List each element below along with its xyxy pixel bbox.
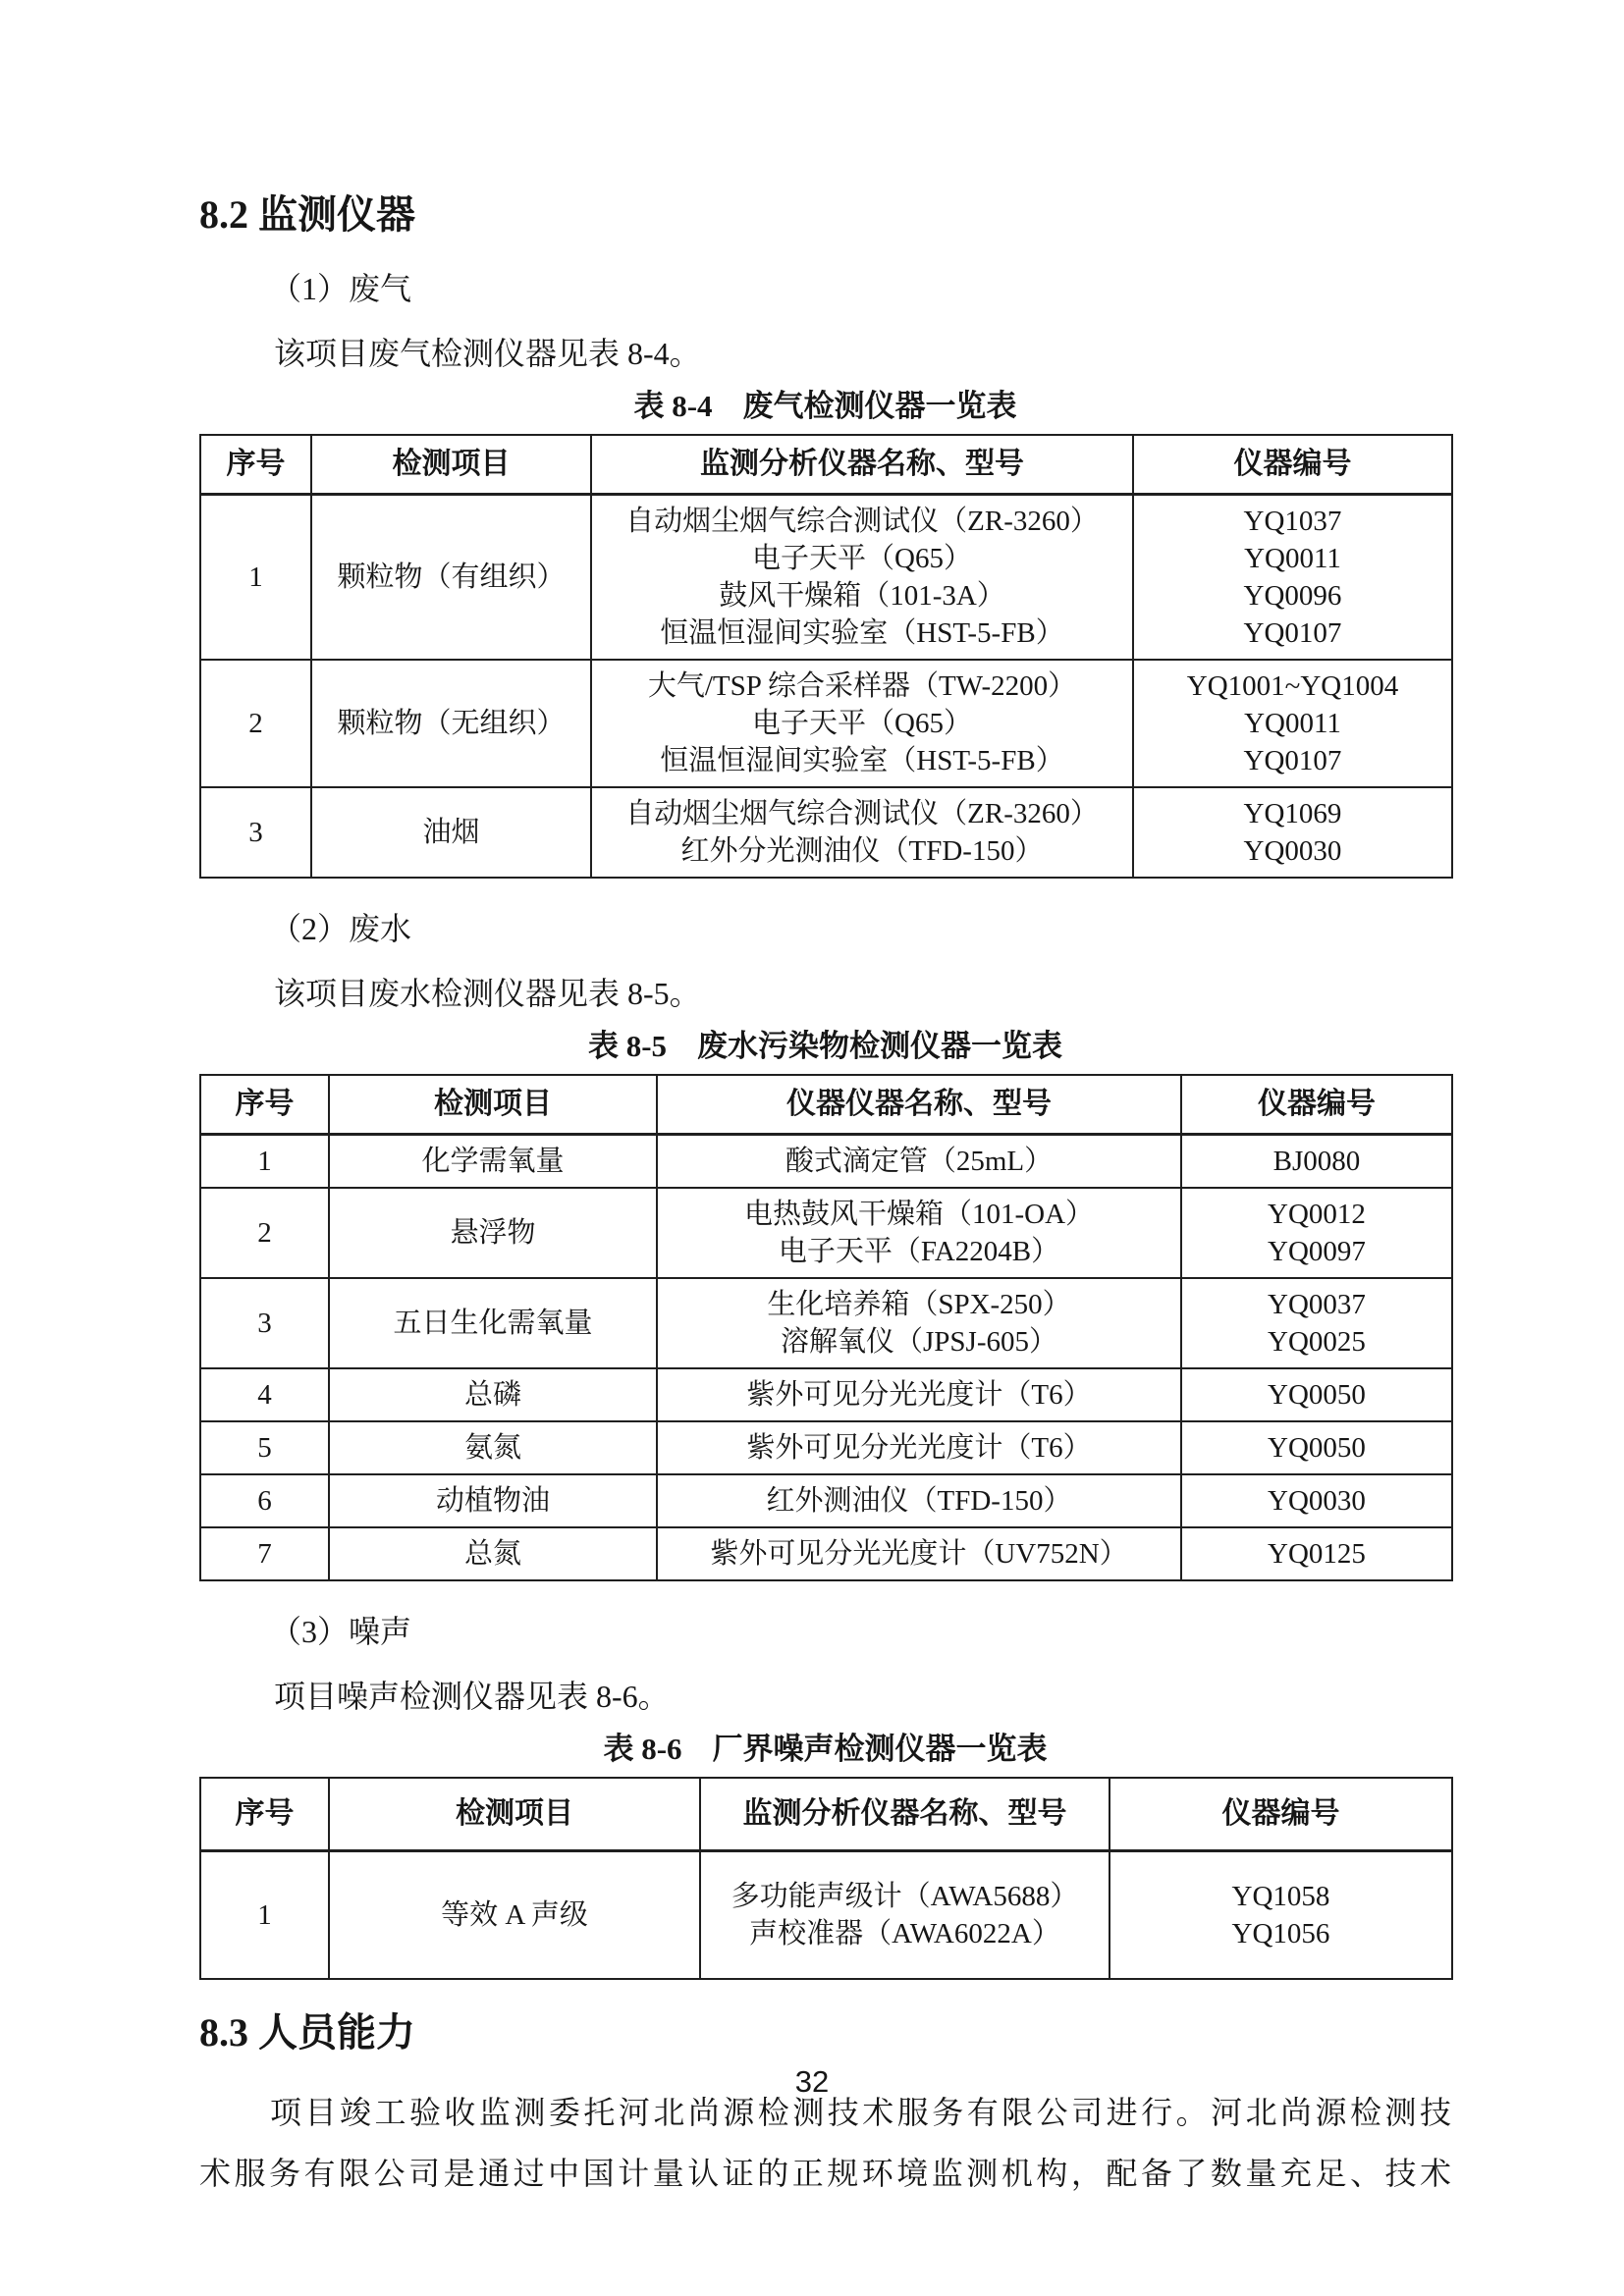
table-cell: YQ1058 YQ1056 — [1110, 1851, 1452, 1980]
table-cell: YQ0050 — [1181, 1368, 1452, 1421]
section-heading-8-3: 8.3 人员能力 — [199, 2009, 1624, 2056]
table-cell: 多功能声级计（AWA5688） 声校准器（AWA6022A） — [700, 1851, 1110, 1980]
table-cell: YQ0125 — [1181, 1527, 1452, 1580]
subsection-label-waste-gas: （1）废气 — [270, 268, 1624, 309]
table-cell: 电热鼓风干燥箱（101-OA） 电子天平（FA2204B） — [657, 1188, 1181, 1278]
table-row: 2 颗粒物（无组织） 大气/TSP 综合采样器（TW-2200） 电子天平（Q6… — [200, 660, 1452, 787]
personnel-paragraph: 项目竣工验收监测委托河北尚源检测技术服务有限公司进行。河北尚源检测技 术服务有限… — [0, 2082, 1624, 2204]
table-cell: 紫外可见分光光度计（T6） — [657, 1421, 1181, 1474]
table-cell: 红外测油仪（TFD-150） — [657, 1474, 1181, 1527]
table-cell: 4 — [200, 1368, 329, 1421]
table-cell: YQ1037 YQ0011 YQ0096 YQ0107 — [1133, 495, 1452, 661]
table-cell: 3 — [200, 787, 311, 878]
table-cell: 颗粒物（无组织） — [311, 660, 591, 787]
column-header: 仪器编号 — [1181, 1075, 1452, 1135]
table-cell: 自动烟尘烟气综合测试仪（ZR-3260） 红外分光测油仪（TFD-150） — [591, 787, 1133, 878]
table-8-4: 序号 检测项目 监测分析仪器名称、型号 仪器编号 1 颗粒物（有组织） 自动烟尘… — [199, 434, 1453, 879]
table-header-row: 序号 检测项目 仪器仪器名称、型号 仪器编号 — [200, 1075, 1452, 1135]
table-header-row: 序号 检测项目 监测分析仪器名称、型号 仪器编号 — [200, 1778, 1452, 1851]
table-cell: 大气/TSP 综合采样器（TW-2200） 电子天平（Q65） 恒温恒湿间实验室… — [591, 660, 1133, 787]
table-cell: 油烟 — [311, 787, 591, 878]
table-cell: 5 — [200, 1421, 329, 1474]
table-8-5: 序号 检测项目 仪器仪器名称、型号 仪器编号 1 化学需氧量 酸式滴定管（25m… — [199, 1074, 1453, 1581]
table-cell: 动植物油 — [329, 1474, 657, 1527]
column-header: 检测项目 — [329, 1075, 657, 1135]
table-cell: 自动烟尘烟气综合测试仪（ZR-3260） 电子天平（Q65） 鼓风干燥箱（101… — [591, 495, 1133, 661]
column-header: 检测项目 — [311, 435, 591, 495]
table-row: 3 油烟 自动烟尘烟气综合测试仪（ZR-3260） 红外分光测油仪（TFD-15… — [200, 787, 1452, 878]
table-cell: 2 — [200, 1188, 329, 1278]
table-row: 3 五日生化需氧量 生化培养箱（SPX-250） 溶解氧仪（JPSJ-605） … — [200, 1278, 1452, 1368]
table-cell: 生化培养箱（SPX-250） 溶解氧仪（JPSJ-605） — [657, 1278, 1181, 1368]
table-cell: YQ1069 YQ0030 — [1133, 787, 1452, 878]
intro-text-wastewater: 该项目废水检测仪器见表 8-5。 — [274, 973, 1624, 1014]
table-cell: 紫外可见分光光度计（UV752N） — [657, 1527, 1181, 1580]
table-row: 4 总磷 紫外可见分光光度计（T6） YQ0050 — [200, 1368, 1452, 1421]
table-8-6: 序号 检测项目 监测分析仪器名称、型号 仪器编号 1 等效 A 声级 多功能声级… — [199, 1777, 1453, 1980]
column-header: 监测分析仪器名称、型号 — [700, 1778, 1110, 1851]
column-header: 检测项目 — [329, 1778, 700, 1851]
subsection-label-wastewater: （2）废水 — [270, 908, 1624, 949]
intro-text-noise: 项目噪声检测仪器见表 8-6。 — [274, 1676, 1624, 1717]
table-row: 2 悬浮物 电热鼓风干燥箱（101-OA） 电子天平（FA2204B） YQ00… — [200, 1188, 1452, 1278]
table-cell: 2 — [200, 660, 311, 787]
table-cell: 等效 A 声级 — [329, 1851, 700, 1980]
table-cell: 总氮 — [329, 1527, 657, 1580]
table-row: 1 等效 A 声级 多功能声级计（AWA5688） 声校准器（AWA6022A）… — [200, 1851, 1452, 1980]
column-header: 监测分析仪器名称、型号 — [591, 435, 1133, 495]
table-cell: YQ0050 — [1181, 1421, 1452, 1474]
table-cell: YQ0012 YQ0097 — [1181, 1188, 1452, 1278]
table-cell: YQ0037 YQ0025 — [1181, 1278, 1452, 1368]
column-header: 仪器编号 — [1110, 1778, 1452, 1851]
table-header-row: 序号 检测项目 监测分析仪器名称、型号 仪器编号 — [200, 435, 1452, 495]
column-header: 序号 — [200, 1778, 329, 1851]
table-cell: BJ0080 — [1181, 1135, 1452, 1189]
table-row: 7 总氮 紫外可见分光光度计（UV752N） YQ0125 — [200, 1527, 1452, 1580]
table-cell: YQ1001~YQ1004 YQ0011 YQ0107 — [1133, 660, 1452, 787]
table-cell: 颗粒物（有组织） — [311, 495, 591, 661]
table-row: 5 氨氮 紫外可见分光光度计（T6） YQ0050 — [200, 1421, 1452, 1474]
column-header: 序号 — [200, 435, 311, 495]
table-cell: 1 — [200, 1851, 329, 1980]
table-cell: YQ0030 — [1181, 1474, 1452, 1527]
table-8-4-title: 表 8-4 废气检测仪器一览表 — [199, 388, 1451, 425]
table-cell: 1 — [200, 495, 311, 661]
table-cell: 化学需氧量 — [329, 1135, 657, 1189]
table-row: 6 动植物油 红外测油仪（TFD-150） YQ0030 — [200, 1474, 1452, 1527]
page-number: 32 — [0, 2064, 1624, 2100]
column-header: 序号 — [200, 1075, 329, 1135]
table-row: 1 颗粒物（有组织） 自动烟尘烟气综合测试仪（ZR-3260） 电子天平（Q65… — [200, 495, 1452, 661]
intro-text-waste-gas: 该项目废气检测仪器见表 8-4。 — [274, 333, 1624, 374]
subsection-label-noise: （3）噪声 — [270, 1611, 1624, 1652]
table-cell: 总磷 — [329, 1368, 657, 1421]
table-cell: 3 — [200, 1278, 329, 1368]
table-cell: 1 — [200, 1135, 329, 1189]
table-cell: 氨氮 — [329, 1421, 657, 1474]
table-cell: 五日生化需氧量 — [329, 1278, 657, 1368]
column-header: 仪器编号 — [1133, 435, 1452, 495]
table-8-6-title: 表 8-6 厂界噪声检测仪器一览表 — [199, 1731, 1451, 1768]
table-row: 1 化学需氧量 酸式滴定管（25mL） BJ0080 — [200, 1135, 1452, 1189]
table-cell: 酸式滴定管（25mL） — [657, 1135, 1181, 1189]
table-cell: 紫外可见分光光度计（T6） — [657, 1368, 1181, 1421]
table-8-5-title: 表 8-5 废水污染物检测仪器一览表 — [199, 1028, 1451, 1065]
section-heading-8-2: 8.2 监测仪器 — [199, 191, 1624, 239]
table-cell: 悬浮物 — [329, 1188, 657, 1278]
table-cell: 7 — [200, 1527, 329, 1580]
column-header: 仪器仪器名称、型号 — [657, 1075, 1181, 1135]
table-cell: 6 — [200, 1474, 329, 1527]
paragraph-line: 术服务有限公司是通过中国计量认证的正规环境监测机构，配备了数量充足、技术 — [199, 2143, 1451, 2204]
